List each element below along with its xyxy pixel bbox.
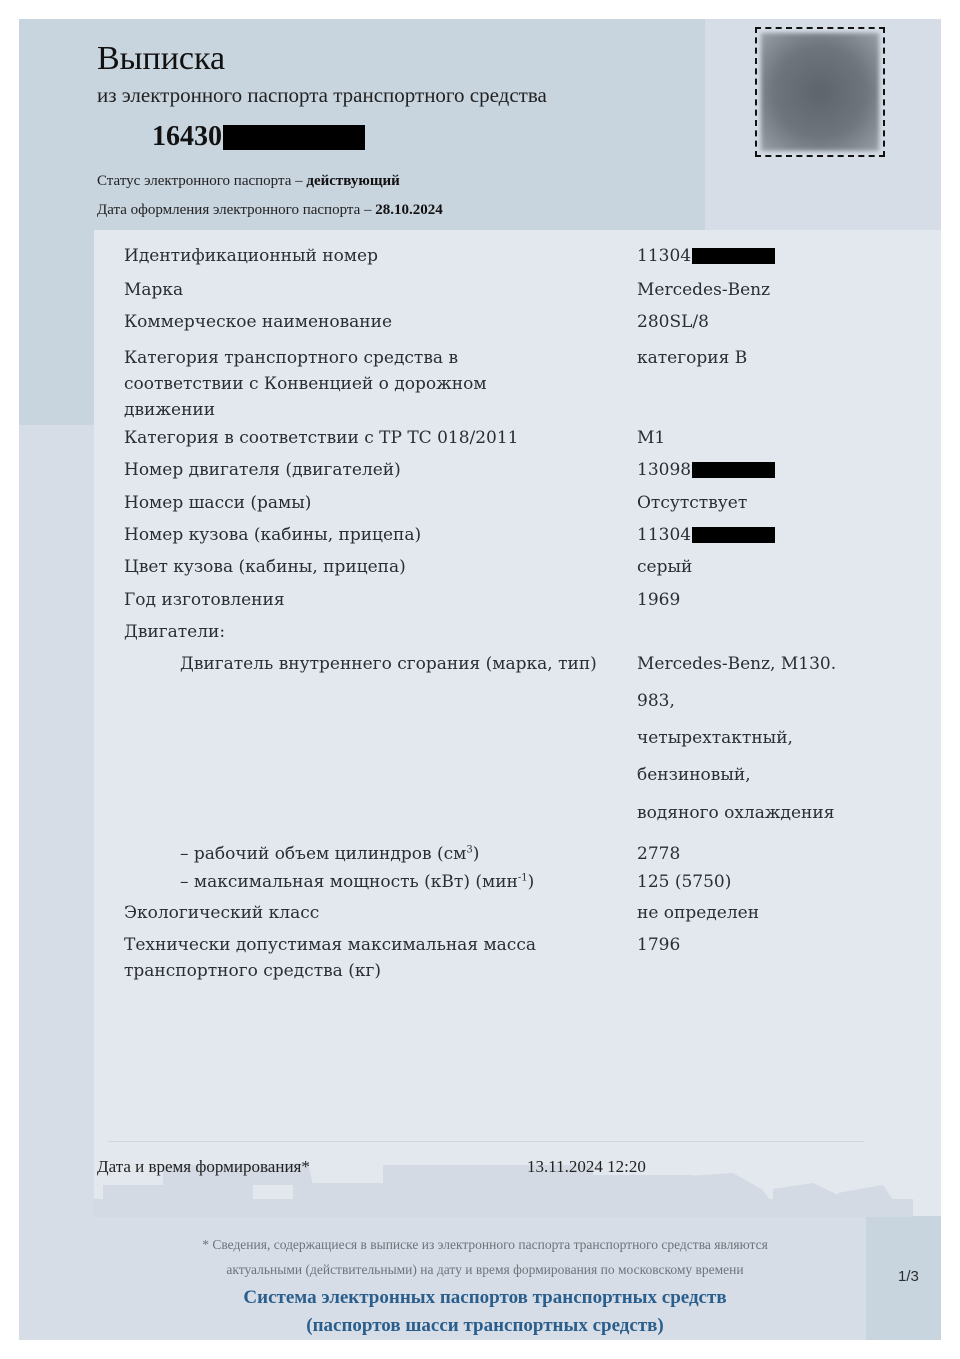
field-label: Категория в соответствии с ТР ТС 018/201… bbox=[124, 425, 594, 451]
field-value: Отсутствует bbox=[637, 490, 897, 516]
issue-date-value: 28.10.2024 bbox=[375, 202, 443, 218]
paren: ) bbox=[528, 872, 535, 892]
redaction-bar bbox=[692, 527, 775, 543]
system-subtitle: (паспортов шасси транспортных средств) bbox=[100, 1315, 870, 1337]
field-value: Mercedes-Benz bbox=[637, 277, 897, 303]
field-value: категория B bbox=[637, 345, 897, 371]
document-title: Выписка bbox=[97, 40, 225, 78]
status-value: действующий bbox=[306, 173, 399, 189]
generated-datetime-value: 13.11.2024 12:20 bbox=[527, 1157, 646, 1177]
field-value: 1796 bbox=[637, 932, 897, 958]
field-value: серый bbox=[637, 554, 897, 580]
document-number: 16430 bbox=[152, 121, 365, 153]
field-label: Категория транспортного средства в соотв… bbox=[124, 345, 504, 423]
engine-type-line: четырехтактный, bbox=[637, 725, 897, 751]
document-number-text: 16430 bbox=[152, 121, 222, 153]
page-number: 1/3 bbox=[898, 1268, 919, 1285]
field-label: Двигатели: bbox=[124, 619, 594, 645]
displacement-value: 2778 bbox=[637, 841, 897, 867]
field-label: Экологический класс bbox=[124, 900, 594, 926]
field-label: Технически допустимая максимальная масса… bbox=[124, 932, 544, 984]
field-label: Идентификационный номер bbox=[124, 243, 594, 269]
engine-type-line: бензиновый, bbox=[637, 762, 897, 788]
power-label-text: – максимальная мощность (кВт) (мин bbox=[180, 872, 518, 892]
engine-number-value: 13098 bbox=[637, 457, 691, 483]
field-value: 13098 bbox=[637, 457, 897, 483]
field-value: M1 bbox=[637, 425, 897, 451]
field-value: 11304 bbox=[637, 243, 897, 269]
redaction-bar bbox=[692, 248, 775, 264]
field-label: Номер двигателя (двигателей) bbox=[124, 457, 594, 483]
divider bbox=[108, 1141, 864, 1142]
passport-issue-date: Дата оформления электронного паспорта – … bbox=[97, 202, 443, 219]
field-value: 1969 bbox=[637, 587, 897, 613]
status-label: Статус электронного паспорта – bbox=[97, 173, 306, 189]
qr-blur bbox=[761, 33, 879, 151]
engine-type-line: водяного охлаждения bbox=[637, 800, 897, 826]
field-value: не определен bbox=[637, 900, 897, 926]
engine-type-line: Mercedes-Benz, M130. bbox=[637, 651, 897, 677]
generated-datetime-label: Дата и время формирования* bbox=[97, 1157, 310, 1177]
field-label: Марка bbox=[124, 277, 594, 303]
qr-code-icon bbox=[755, 27, 885, 157]
document-subtitle: из электронного паспорта транспортного с… bbox=[97, 83, 547, 108]
field-value: 280SL/8 bbox=[637, 309, 897, 335]
field-label: Год изготовления bbox=[124, 587, 594, 613]
power-label: – максимальная мощность (кВт) (мин-1) bbox=[180, 869, 650, 895]
engine-type-label: Двигатель внутреннего сгорания (марка, т… bbox=[180, 651, 650, 677]
redaction-bar bbox=[692, 462, 775, 478]
field-label: Номер кузова (кабины, прицепа) bbox=[124, 522, 594, 548]
footnote-line: * Сведения, содержащиеся в выписке из эл… bbox=[100, 1237, 870, 1253]
power-value: 125 (5750) bbox=[637, 869, 897, 895]
field-value: 11304 bbox=[637, 522, 897, 548]
paren: ) bbox=[473, 844, 480, 864]
superscript: -1 bbox=[518, 872, 528, 883]
field-label: Номер шасси (рамы) bbox=[124, 490, 594, 516]
system-title: Система электронных паспортов транспортн… bbox=[100, 1287, 870, 1309]
field-label: Цвет кузова (кабины, прицепа) bbox=[124, 554, 594, 580]
issue-date-label: Дата оформления электронного паспорта – bbox=[97, 202, 375, 218]
passport-status: Статус электронного паспорта – действующ… bbox=[97, 173, 400, 190]
redaction-bar bbox=[223, 125, 365, 150]
field-label: Коммерческое наименование bbox=[124, 309, 594, 335]
footnote-line: актуальными (действительными) на дату и … bbox=[100, 1262, 870, 1278]
displacement-label: – рабочий объем цилиндров (см3) bbox=[180, 841, 650, 867]
displacement-label-text: – рабочий объем цилиндров (см bbox=[180, 844, 466, 864]
vin-value: 11304 bbox=[637, 243, 691, 269]
body-number-value: 11304 bbox=[637, 522, 691, 548]
engine-type-line: 983, bbox=[637, 688, 897, 714]
